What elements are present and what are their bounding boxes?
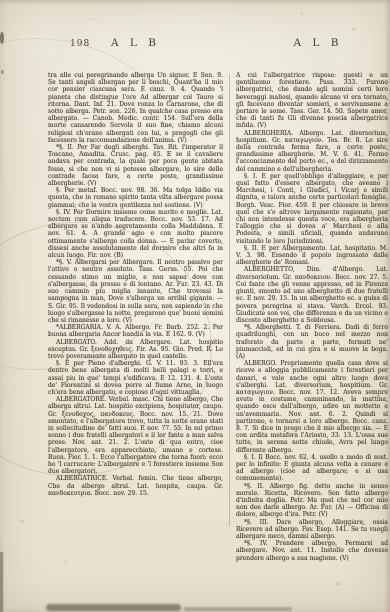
entry-paragraph: ALBERGATORE. Verbal. masc. Chi tiene alb… [48, 396, 223, 475]
foxing-dot [300, 12, 303, 15]
stain-bottom-left-bar [0, 552, 3, 612]
entry-paragraph: §. IV. Per Dormire insieme come marito e… [48, 209, 223, 259]
stain-left-edge-dot [1, 70, 4, 74]
entry-paragraph: *§. IV. Prendere albergo, Fermarsi ad al… [236, 540, 388, 562]
column-divider-rule [229, 74, 230, 526]
book-page: 198 A L B A L B tra alle cui peregrinand… [0, 0, 390, 612]
entry-paragraph: §. E per Pieno d'alberghi. G. V. 11. 93.… [48, 360, 223, 396]
entry-paragraph: §. I. E per quell'obbligo d'alloggiare, … [236, 173, 388, 245]
entry-paragraph: *§. II. Albergo fig. detto anche in sens… [236, 483, 388, 519]
foxing-dot [336, 582, 340, 586]
entry-paragraph: ALBERGATRICE. Verbal. femin. Che tiene a… [48, 475, 223, 497]
left-column: tra alle cui peregrinando alberga Un sig… [48, 72, 223, 497]
page-edge-shadow-top [0, 0, 390, 4]
entry-paragraph: *§. Alberghetti. T. di Ferriera. Dadi di… [236, 324, 388, 360]
entry-paragraph: §. II. E per Albergamento. Lat. hospitat… [236, 245, 388, 267]
entry-paragraph: A cui l'albergatrice rispose: questi e u… [236, 72, 388, 130]
entry-paragraph: *ALBERGARIA. V. A. Albergo. Fr. Barb. 25… [48, 324, 223, 338]
entry-paragraph: §. Per metaf. Bocc. nov. 98. 36. Ma tolg… [48, 187, 223, 209]
entry-paragraph: tra alle cui peregrinando alberga Un sig… [48, 72, 223, 144]
foxing-dot [20, 520, 24, 523]
entry-paragraph: *§. III. Dare albergo, Alloggiare, ossia… [236, 519, 388, 541]
entry-paragraph: *§. II. Per Far degli alberghi. Tav. Rit… [48, 144, 223, 187]
entry-paragraph: ALBERGHETTO, Dim. d'Albergo. Lat. divers… [236, 266, 388, 324]
entry-paragraph: *§. V. Albergarsi per Albergare. Il neut… [48, 259, 223, 324]
entry-paragraph: §. I. Il Bocc. nov. 62. 4. usollo a modo… [236, 454, 388, 483]
entry-paragraph: ALBERGO. Propriamente quella casa dove s… [236, 360, 388, 454]
stain-bottom-smudge [46, 604, 181, 611]
foxing-dot [64, 560, 67, 563]
running-head-left: A L B [48, 37, 223, 49]
entry-paragraph: ALBERGATO. Add. da Albergare. Lat. hospi… [48, 339, 223, 361]
stain-bottom-smudge-2 [184, 607, 292, 611]
foxing-dot [352, 28, 356, 31]
right-column: A cui l'albergatrice rispose: questi e u… [236, 72, 388, 562]
running-head-right: A L B [248, 37, 388, 49]
stain-top-left-speck [0, 32, 4, 44]
foxing-dot [92, 18, 95, 20]
entry-paragraph: ALBERGHERIA. Albergo. Lat. diversorium, … [236, 130, 388, 173]
